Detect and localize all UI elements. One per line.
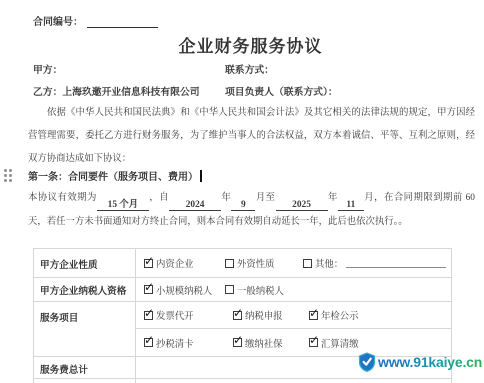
party-a-label: 甲方： (33, 62, 62, 76)
table-row-service-items: 服务项目 ✓ 发票代开 ✓ 纳税申报 ✓ 年检公示 (34, 302, 451, 357)
checkbox-tax-copying[interactable]: ✓ (144, 338, 153, 347)
table-row-taxpayer-type: 甲方企业纳税人资格 ✓ 小规模纳税人 一般纳税人 (34, 278, 451, 302)
table-row-enterprise-nature: 甲方企业性质 ✓ 内资企业 外资性质 其他： (34, 249, 451, 278)
row-cell-service-items: ✓ 发票代开 ✓ 纳税申报 ✓ 年检公示 ✓ 抄税清卡 (136, 302, 451, 356)
option-label: 抄税清卡 (156, 336, 194, 350)
checkmark-icon: ✓ (309, 334, 319, 346)
party-b-label: 乙方： (33, 87, 62, 98)
validity-text: 年 (328, 193, 338, 203)
watermark-site-text: www.91kaiye.cn (378, 354, 482, 370)
option-general-taxpayer: 一般纳税人 (225, 283, 284, 297)
option-domestic-enterprise: ✓ 内资企业 (144, 256, 225, 270)
validity-duration-blank[interactable]: 15 个月 (97, 199, 149, 211)
checkbox-small-scale-taxpayer[interactable]: ✓ (144, 285, 153, 294)
validity-month-from-blank[interactable]: 9 (231, 199, 255, 211)
option-line: ✓ 发票代开 ✓ 纳税申报 ✓ 年检公示 (136, 302, 451, 329)
row-label-enterprise-nature: 甲方企业性质 (34, 249, 136, 277)
checkbox-social-security[interactable]: ✓ (233, 338, 242, 347)
other-blank-line[interactable] (346, 258, 446, 268)
document-title: 企业财务服务协议 (28, 32, 473, 57)
option-small-scale-taxpayer: ✓ 小规模纳税人 (144, 283, 225, 297)
row-cell-enterprise-nature: ✓ 内资企业 外资性质 其他： (136, 249, 451, 277)
option-label: 年检公示 (321, 308, 359, 322)
checkbox-other[interactable] (303, 259, 312, 268)
clause1-heading-text: 第一条：合同要件（服务项目、费用） (28, 172, 198, 183)
option-annual-inspection: ✓ 年检公示 (309, 308, 359, 322)
party-b-line: 乙方：上海玖邀开业信息科技有限公司 (33, 84, 200, 98)
option-label: 缴纳社保 (245, 336, 283, 350)
option-tax-filing: ✓ 纳税申报 (233, 308, 309, 322)
option-tax-copying: ✓ 抄税清卡 (144, 336, 233, 350)
watermark: www.91kaiye.cn (358, 352, 482, 372)
option-invoice-issuing: ✓ 发票代开 (144, 308, 233, 322)
validity-paragraph: 本协议有效期为15 个月，自2024年9月至2025年11月，在合同期限到期前 … (28, 187, 475, 234)
row-cutoff-cell (136, 379, 451, 383)
table-row-cutoff (34, 379, 451, 383)
option-line: ✓ 小规模纳税人 一般纳税人 (136, 278, 451, 301)
validity-text: 年 (221, 193, 231, 203)
option-label: 纳税申报 (245, 308, 283, 322)
checkmark-icon: ✓ (233, 334, 243, 346)
checkbox-invoice-issuing[interactable]: ✓ (144, 311, 153, 320)
option-line: ✓ 内资企业 外资性质 其他： (136, 249, 451, 277)
option-label: 内资企业 (156, 256, 194, 270)
checkmark-icon: ✓ (144, 307, 154, 319)
contract-number-label: 合同编号： (33, 17, 83, 28)
row-cutoff-label-cell (34, 379, 136, 383)
checkmark-icon: ✓ (144, 255, 154, 267)
watermark-shield-icon (358, 352, 376, 372)
clause1-heading: 第一条：合同要件（服务项目、费用） (28, 168, 202, 183)
checkbox-final-settlement[interactable]: ✓ (309, 338, 318, 347)
checkbox-annual-inspection[interactable]: ✓ (309, 311, 318, 320)
checkbox-general-taxpayer[interactable] (225, 285, 234, 294)
option-label: 一般纳税人 (237, 283, 284, 297)
contract-document-page: 合同编号： 企业财务服务协议 甲方： 联系方式： 乙方：上海玖邀开业信息科技有限… (0, 0, 484, 383)
preamble-paragraph: 依据《中华人民共和国民法典》和《中华人民共和国会计法》及其它相关的法律法规的规定… (28, 102, 475, 171)
option-label: 小规模纳税人 (156, 283, 212, 297)
validity-year-from-blank[interactable]: 2024 (169, 199, 221, 211)
row-label-service-items: 服务项目 (34, 302, 136, 356)
validity-text: ，自 (149, 193, 169, 203)
option-foreign-enterprise: 外资性质 (225, 256, 303, 270)
row-cell-taxpayer-type: ✓ 小规模纳税人 一般纳税人 (136, 278, 451, 301)
validity-text: 本协议有效期为 (28, 193, 97, 203)
option-social-security: ✓ 缴纳社保 (233, 336, 309, 350)
checkmark-icon: ✓ (144, 334, 154, 346)
option-final-settlement: ✓ 汇算清缴 (309, 336, 359, 350)
checkbox-domestic-enterprise[interactable]: ✓ (144, 259, 153, 268)
option-label: 外资性质 (237, 256, 275, 270)
party-a-contact-label: 联系方式： (225, 62, 274, 76)
party-b-name: 上海玖邀开业信息科技有限公司 (62, 87, 199, 98)
text-cursor (200, 170, 202, 182)
checkmark-icon: ✓ (144, 281, 154, 293)
checkmark-icon: ✓ (233, 307, 243, 319)
validity-year-to-blank[interactable]: 2025 (276, 199, 328, 211)
validity-month-to-blank[interactable]: 11 (338, 199, 364, 211)
contract-number-blank[interactable] (87, 18, 158, 28)
row-label-taxpayer-type: 甲方企业纳税人资格 (34, 278, 136, 301)
drag-handle-icon[interactable] (4, 169, 7, 172)
option-label: 汇算清缴 (321, 336, 359, 350)
row-label-total-fee: 服务费总计 (34, 357, 136, 378)
checkmark-icon: ✓ (309, 307, 319, 319)
project-lead-label: 项目负责人（联系方式）： (225, 84, 338, 98)
validity-text: 月至 (255, 193, 275, 203)
checkbox-foreign-enterprise[interactable] (225, 259, 234, 268)
contract-number-line: 合同编号： (33, 13, 158, 28)
option-other: 其他： (303, 256, 446, 270)
checkbox-tax-filing[interactable]: ✓ (233, 311, 242, 320)
option-label: 其他： (315, 256, 343, 270)
option-label: 发票代开 (156, 308, 194, 322)
